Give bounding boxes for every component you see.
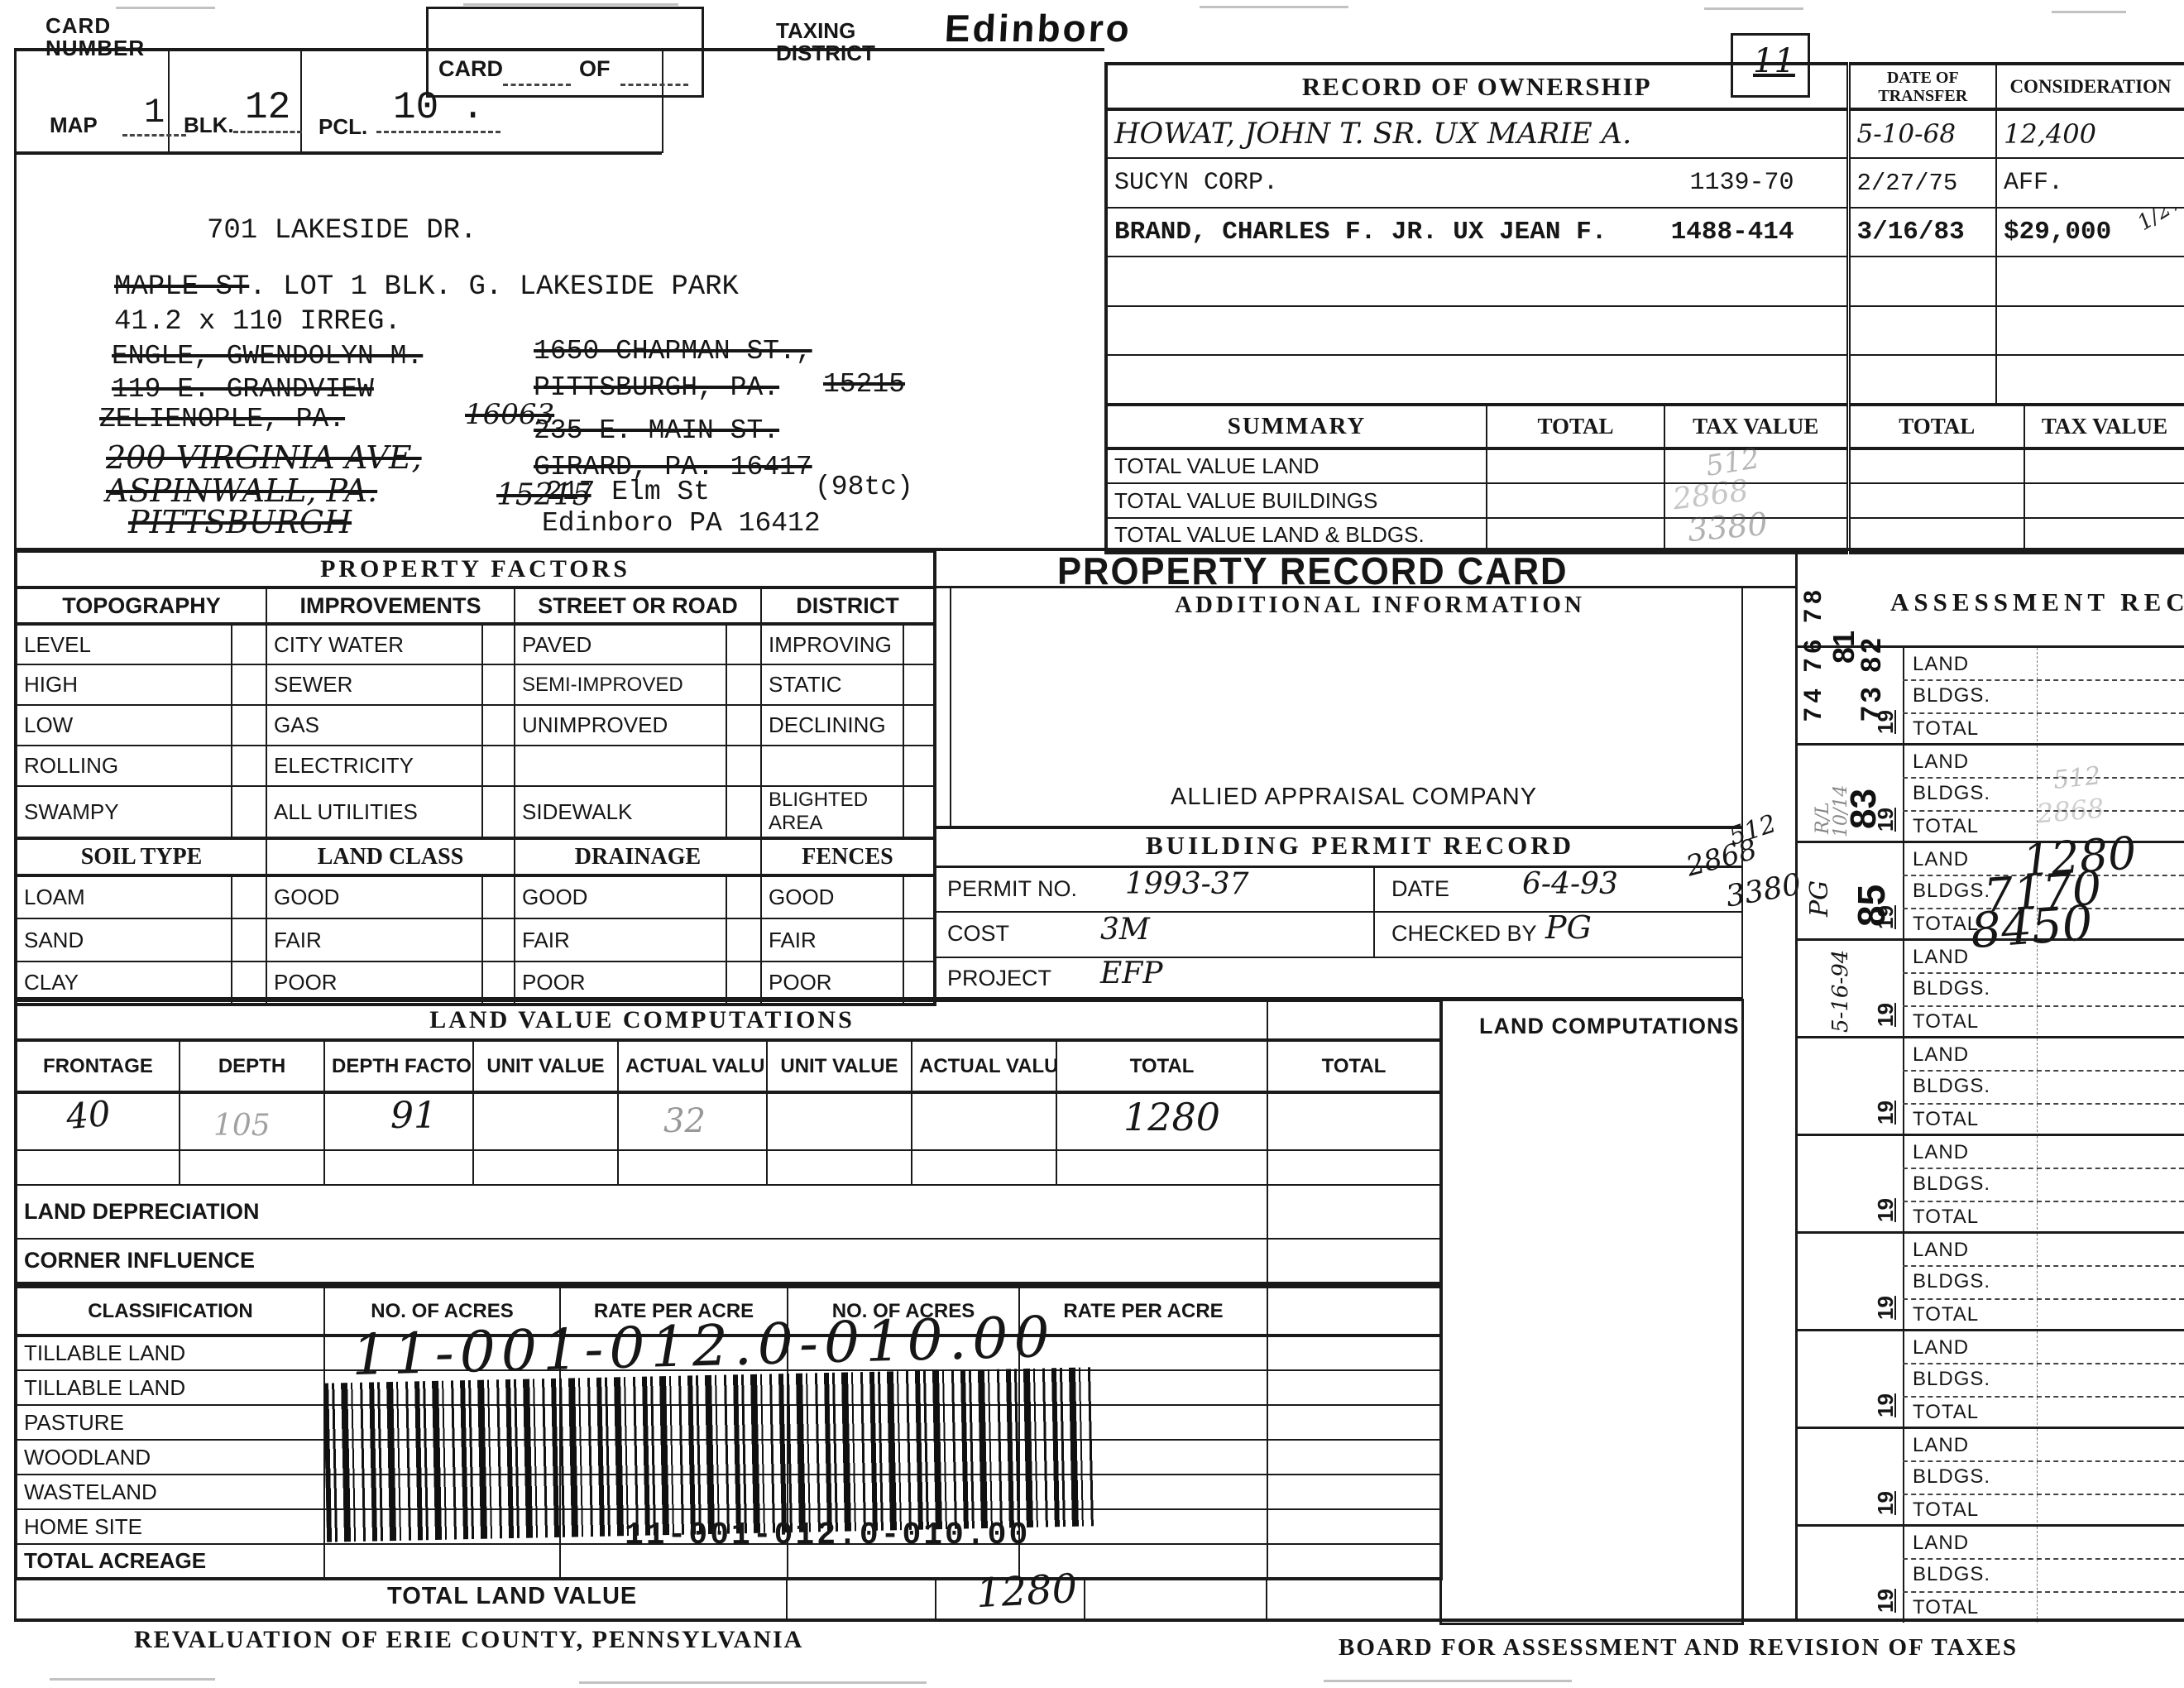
year-prefix: 19: [1873, 1198, 1899, 1222]
bldgs-label: BLDGS.: [1913, 1563, 1990, 1586]
divider: [1903, 746, 1904, 843]
land-label: LAND: [1913, 1336, 1969, 1360]
factor-option: SWAMPY: [16, 786, 232, 838]
divider: [933, 911, 1741, 913]
ownership-title: RECORD OF OWNERSHIP: [1106, 64, 1848, 109]
summary-row: TOTAL VALUE BUILDINGS: [1106, 483, 2184, 518]
lvc-col-header: DEPTH FACTOR: [324, 1040, 473, 1092]
factor-option: LEVEL: [16, 624, 232, 664]
divider: [2037, 1429, 2038, 1527]
divider: [2037, 648, 2038, 746]
summary-total-header: TOTAL: [1848, 405, 2024, 448]
owner-name: HOWAT, JOHN T. SR. UX MARIE A.: [1106, 109, 1848, 158]
old-address-line: 119 E. GRANDVIEW: [112, 376, 374, 405]
factor-checkbox: [232, 705, 266, 746]
factor-checkbox: [482, 746, 515, 786]
permit-no-value: 1993-37: [1125, 869, 1249, 900]
assessment-year-block: 19 LAND BLDGS. TOTAL: [1795, 1524, 2184, 1623]
owner-name: SUCYN CORP.1139-70: [1106, 158, 1848, 208]
assessment-year-block: 19 LAND BLDGS. TOTAL: [1795, 1231, 2184, 1331]
factors-col-header: TOPOGRAPHY: [16, 587, 266, 624]
old-address-line: 235 E. MAIN ST.: [534, 417, 779, 446]
old-zip: 15215: [823, 371, 905, 400]
divider: [933, 957, 1741, 958]
ownership-row-empty: [1106, 306, 2184, 355]
assessment-land-value: 512: [2052, 763, 2102, 794]
divider: [1903, 1363, 2184, 1364]
total-label: TOTAL: [1913, 815, 1979, 838]
additional-info-title: ADDITIONAL INFORMATION: [1175, 592, 1585, 617]
divider: [1903, 1298, 2184, 1300]
factors-row: HIGH SEWER SEMI-IMPROVED STATIC: [16, 664, 935, 705]
scan-artifact: [463, 3, 678, 6]
consideration-value: $29,0001/27c: [1996, 208, 2184, 257]
old-address-line: 1650 CHAPMAN ST.,: [534, 338, 812, 367]
divider: [1903, 1201, 2184, 1202]
legal-description: MAPLE ST. LOT 1 BLK. G. LAKESIDE PARK: [114, 273, 739, 303]
pcl-value: 10 .: [376, 88, 500, 133]
summary-label: TOTAL VALUE BUILDINGS: [1106, 483, 1487, 518]
pencil-note: PG: [1807, 880, 1833, 917]
assessment-year-block: 19 LAND BLDGS. TOTAL: [1795, 1329, 2184, 1429]
divider: [2037, 1038, 2038, 1136]
factor-checkbox: [903, 786, 935, 838]
year-prefix: 19: [1873, 1393, 1899, 1417]
factors-row: LEVEL CITY WATER PAVED IMPROVING: [16, 624, 935, 664]
factors-row: ROLLING ELECTRICITY: [16, 746, 935, 786]
divider: [1903, 1070, 2184, 1072]
land-depreciation-row: LAND DEPRECIATION: [16, 1185, 1441, 1239]
year-stamp: 85: [1851, 885, 1891, 927]
factor-checkbox: [903, 664, 935, 705]
bldgs-label: BLDGS.: [1913, 977, 1990, 1000]
divider: [1903, 1234, 1904, 1331]
total-land-value: 1280: [975, 1568, 1079, 1615]
transfer-date: 2/27/75: [1848, 158, 1996, 208]
scan-artifact: [116, 7, 215, 9]
assessment-year-block: 19 LAND BLDGS. TOTAL: [1795, 1427, 2184, 1527]
factor-option: ELECTRICITY: [266, 746, 482, 786]
factor-checkbox: [903, 746, 935, 786]
year-prefix: 19: [1873, 1101, 1899, 1125]
divider: [1903, 1103, 2184, 1105]
bldgs-label: BLDGS.: [1913, 782, 1990, 805]
scan-artifact: [579, 1681, 927, 1684]
bldgs-label: BLDGS.: [1913, 684, 1990, 707]
class-label: WASTELAND: [16, 1475, 324, 1509]
divider: [2037, 1136, 2038, 1234]
divider: [14, 151, 662, 155]
factor-checkbox: [726, 918, 761, 961]
land-label: LAND: [1913, 1239, 1969, 1262]
building-permit-title: BUILDING PERMIT RECORD: [1146, 832, 1574, 860]
divider: [1903, 1558, 2184, 1560]
land-label: LAND: [1913, 653, 1969, 676]
blk-value: 12: [233, 88, 302, 133]
divider: [1903, 712, 2184, 714]
land-label: LAND: [1913, 1434, 1969, 1457]
factor-checkbox: [232, 624, 266, 664]
deed-book-page: 1488-414: [1671, 218, 1794, 247]
assessment-year-block: 19 LAND BLDGS. TOTAL: [1795, 1134, 2184, 1234]
land-label: LAND: [1913, 848, 1969, 871]
summary-total-header: TOTAL: [1487, 405, 1664, 448]
scan-artifact: [1704, 7, 1803, 10]
consideration-value: AFF.: [1996, 158, 2184, 208]
total-label: TOTAL: [1913, 1206, 1979, 1229]
lvc-col-header: UNIT VALUE: [473, 1040, 618, 1092]
current-address-line: 217 Elm St: [546, 478, 710, 507]
legal-struck: MAPLE ST: [114, 271, 249, 303]
bldgs-label: BLDGS.: [1913, 1368, 1990, 1391]
card-main-title: PROPERTY RECORD CARD: [1057, 551, 1569, 591]
total-label: TOTAL: [1913, 717, 1979, 741]
old-address-handwritten: ASPINWALL, PA.: [106, 475, 377, 508]
factor-option: HIGH: [16, 664, 232, 705]
summary-tax-value-pencil: 3380: [1686, 508, 1769, 548]
factor-option: FAIR: [266, 918, 482, 961]
lvc-col-header: UNIT VALUE: [767, 1040, 912, 1092]
taxing-district-label: TAXING DISTRICT: [776, 20, 917, 65]
current-address-note: (98tc): [815, 473, 913, 502]
divider: [933, 866, 1741, 868]
permit-date-label: DATE: [1391, 877, 1449, 900]
divider: [1903, 1005, 2184, 1007]
factor-checkbox: [903, 875, 935, 918]
footer-right: BOARD FOR ASSESSMENT AND REVISION OF TAX…: [1339, 1635, 2018, 1660]
factor-option: LOAM: [16, 875, 232, 918]
divider: [1903, 1038, 1904, 1136]
factor-option: ALL UTILITIES: [266, 786, 482, 838]
permit-cost-label: COST: [947, 922, 1009, 945]
lvc-data-row: [16, 1150, 1441, 1185]
divider: [1903, 1265, 2184, 1267]
lvc-col-header: TOTAL: [1267, 1040, 1441, 1092]
total-land-value-label: TOTAL LAND VALUE: [387, 1584, 637, 1609]
factor-option: BLIGHTED AREA: [761, 786, 903, 838]
divider: [1903, 1331, 1904, 1429]
year-stamp: 73 82: [1857, 635, 1887, 722]
divider: [1903, 648, 1904, 746]
lvc-col-header: ACTUAL VALUE: [618, 1040, 767, 1092]
old-address-handwritten: 200 VIRGINIA AVE,: [106, 442, 422, 475]
total-label: TOTAL: [1913, 1499, 1979, 1522]
year-prefix: 19: [1873, 1491, 1899, 1515]
year-prefix: 19: [1873, 1589, 1899, 1613]
divider: [14, 1618, 2184, 1622]
card-of-blank: [503, 64, 571, 86]
ownership-row: SUCYN CORP.1139-70 2/27/75 AFF.: [1106, 158, 2184, 208]
class-label: WOODLAND: [16, 1440, 324, 1475]
factor-option: SAND: [16, 918, 232, 961]
land-label: LAND: [1913, 1532, 1969, 1555]
depth-factor-value: 91: [390, 1097, 437, 1135]
total-acreage-label: TOTAL ACREAGE: [16, 1544, 324, 1579]
class-col-header: RATE PER ACRE: [1019, 1287, 1267, 1336]
current-address-line: Edinboro PA 16412: [542, 510, 821, 539]
transfer-date: 5-10-68: [1848, 109, 1996, 158]
divider: [1903, 843, 1904, 941]
lot-dimensions: 41.2 x 110 IRREG.: [114, 308, 401, 338]
factors-col-header: IMPROVEMENTS: [266, 587, 515, 624]
divider: [1084, 1577, 1085, 1620]
factor-checkbox: [903, 705, 935, 746]
factor-checkbox: [482, 664, 515, 705]
factor-option: FAIR: [761, 918, 903, 961]
factor-checkbox: [726, 875, 761, 918]
consideration-scribble: 1/27c: [2134, 208, 2184, 236]
assessment-year-block: 19 LAND BLDGS. TOTAL: [1795, 1036, 2184, 1136]
depth-value: 105: [213, 1110, 271, 1142]
factor-checkbox: [482, 918, 515, 961]
owner-name: BRAND, CHARLES F. JR. UX JEAN F.1488-414: [1106, 208, 1848, 257]
class-col-header: CLASSIFICATION: [16, 1287, 324, 1336]
divider: [935, 1577, 936, 1620]
factor-option: IMPROVING: [761, 624, 903, 664]
summary-label: TOTAL VALUE LAND: [1106, 448, 1487, 483]
ownership-table: RECORD OF OWNERSHIP DATE OF TRANSFER CON…: [1104, 62, 2184, 406]
assessment-record-title: ASSESSMENT RECORD: [1890, 589, 2184, 616]
corner-influence-row: CORNER INFLUENCE: [16, 1239, 1441, 1283]
total-label: TOTAL: [1913, 1108, 1979, 1131]
divider: [1903, 1168, 2184, 1169]
class-label: TILLABLE LAND: [16, 1336, 324, 1370]
factors-row: SWAMPY ALL UTILITIES SIDEWALK BLIGHTED A…: [16, 786, 935, 838]
bldgs-label: BLDGS.: [1913, 1172, 1990, 1196]
land-computations-title: LAND COMPUTATIONS: [1479, 1014, 1739, 1038]
factor-checkbox: [482, 786, 515, 838]
lvc-total-value: 1280: [1123, 1097, 1220, 1137]
factor-checkbox: [232, 746, 266, 786]
pencil-note: R/L: [1813, 802, 1832, 834]
permit-no-label: PERMIT NO.: [947, 877, 1077, 900]
factor-option: FAIR: [515, 918, 726, 961]
card-of-of-label: OF: [579, 57, 611, 80]
divider: [1903, 1460, 2184, 1462]
divider: [2037, 1331, 2038, 1429]
land-computations-box: LAND COMPUTATIONS: [1439, 999, 1744, 1625]
scan-artifact: [1324, 1680, 1572, 1682]
card-of-label: CARD: [438, 57, 503, 80]
factor-option: CITY WATER: [266, 624, 482, 664]
divider: [1903, 1591, 2184, 1593]
deed-book-page: 1139-70: [1689, 169, 1794, 197]
footer-left: REVALUATION OF ERIE COUNTY, PENNSYLVANIA: [134, 1627, 803, 1653]
factors-col-header: DRAINAGE: [515, 838, 761, 875]
checked-by-label: CHECKED BY: [1391, 922, 1537, 945]
corner-influence-label: CORNER INFLUENCE: [16, 1239, 1267, 1283]
factor-option: [761, 746, 903, 786]
year-prefix: 19: [1873, 1003, 1899, 1027]
bldgs-label: BLDGS.: [1913, 1075, 1990, 1098]
factor-option: GOOD: [266, 875, 482, 918]
property-address: 701 LAKESIDE DR.: [207, 217, 477, 247]
lvc-empty-cell: [1267, 1000, 1441, 1040]
scan-artifact: [1200, 6, 1348, 8]
parcel-barcode: [323, 1367, 1096, 1542]
factors-title: PROPERTY FACTORS: [16, 551, 935, 587]
blk-label: BLK.: [184, 114, 234, 137]
bldgs-label: BLDGS.: [1913, 1465, 1990, 1489]
year-prefix: 19: [1873, 1296, 1899, 1320]
card-of-blank: [620, 64, 688, 86]
factors-row: LOAM GOOD GOOD GOOD: [16, 875, 935, 918]
factor-checkbox: [726, 786, 761, 838]
factor-option: PAVED: [515, 624, 726, 664]
frontage-value: 40: [65, 1096, 112, 1136]
appraisal-company: ALLIED APPRAISAL COMPANY: [1171, 784, 1537, 809]
lvc-col-header: FRONTAGE: [16, 1040, 180, 1092]
land-depreciation-label: LAND DEPRECIATION: [16, 1185, 1267, 1239]
permit-cost-value: 3M: [1100, 914, 1150, 946]
land-label: LAND: [1913, 946, 1969, 969]
class-label: HOME SITE: [16, 1509, 324, 1544]
bldgs-label: BLDGS.: [1913, 880, 1990, 903]
divider: [1903, 972, 2184, 974]
divider: [1903, 1494, 2184, 1495]
land-label: LAND: [1913, 1141, 1969, 1164]
factor-option: SIDEWALK: [515, 786, 726, 838]
card-of-box: CARD OF: [426, 7, 704, 98]
map-label: MAP: [50, 114, 98, 137]
old-city-handwritten: PITTSBURGH: [128, 506, 352, 539]
year-stamp: 74 76 78: [1800, 585, 1827, 722]
summary-tax-header: TAX VALUE: [2024, 405, 2184, 448]
divider: [1741, 587, 1743, 999]
factor-option: SEWER: [266, 664, 482, 705]
factors-col-header: STREET OR ROAD: [515, 587, 761, 624]
lvc-col-header: ACTUAL VALUE: [912, 1040, 1056, 1092]
total-label: TOTAL: [1913, 1596, 1979, 1619]
divider: [2037, 1527, 2038, 1623]
summary-row: TOTAL VALUE LAND: [1106, 448, 2184, 483]
divider: [1903, 1429, 1904, 1527]
actual-value: 32: [663, 1104, 706, 1139]
project-value: EFP: [1100, 958, 1162, 990]
project-label: PROJECT: [947, 966, 1051, 990]
taxing-district-stamp: Edinboro: [944, 8, 1133, 48]
transfer-date: 3/16/83: [1848, 208, 1996, 257]
factor-option: UNIMPROVED: [515, 705, 726, 746]
permit-date-value: 6-4-93: [1522, 869, 1618, 900]
summary-title: SUMMARY: [1106, 405, 1487, 448]
card-number-label: CARD NUMBER: [45, 15, 161, 60]
total-label: TOTAL: [1913, 1010, 1979, 1033]
factor-option: ROLLING: [16, 746, 232, 786]
factor-option: [515, 746, 726, 786]
factors-col-header: FENCES: [761, 838, 935, 875]
old-owner-name: ENGLE, GWENDOLYN M.: [112, 343, 423, 372]
factor-option: LOW: [16, 705, 232, 746]
divider: [1903, 1396, 2184, 1398]
factors-row: SAND FAIR FAIR FAIR: [16, 918, 935, 961]
total-label: TOTAL: [1913, 1401, 1979, 1424]
factor-checkbox: [726, 705, 761, 746]
pencil-note: 10/14: [1832, 785, 1851, 837]
map-value: 1: [122, 94, 186, 137]
factor-checkbox: [726, 664, 761, 705]
consideration-value: 12,400: [1996, 109, 2184, 158]
class-empty-cell: [1267, 1287, 1441, 1336]
scan-artifact: [2052, 11, 2126, 13]
divider: [786, 1577, 788, 1620]
factors-col-header: DISTRICT: [761, 587, 935, 624]
factor-option: GAS: [266, 705, 482, 746]
factor-checkbox: [482, 705, 515, 746]
factors-col-header: SOIL TYPE: [16, 838, 266, 875]
pcl-label: PCL.: [318, 116, 367, 138]
property-record-card: CARD NUMBER CARD OF TAXING DISTRICT Edin…: [0, 0, 2184, 1688]
factors-row: LOW GAS UNIMPROVED DECLINING: [16, 705, 935, 746]
old-address-line: PITTSBURGH, PA.: [534, 374, 779, 403]
property-factors-table: PROPERTY FACTORS TOPOGRAPHY IMPROVEMENTS…: [14, 549, 936, 1006]
divider: [1903, 1136, 1904, 1234]
land-label: LAND: [1913, 1043, 1969, 1067]
factor-checkbox: [482, 624, 515, 664]
class-label: PASTURE: [16, 1405, 324, 1440]
factor-checkbox: [232, 875, 266, 918]
factor-checkbox: [726, 746, 761, 786]
old-address-line: ZELIENOPLE, PA.: [99, 405, 345, 434]
divider: [933, 826, 1741, 829]
factor-checkbox: [903, 624, 935, 664]
ownership-row: HOWAT, JOHN T. SR. UX MARIE A. 5-10-68 1…: [1106, 109, 2184, 158]
factor-checkbox: [482, 875, 515, 918]
factor-option: SEMI-IMPROVED: [515, 664, 726, 705]
factor-option: STATIC: [761, 664, 903, 705]
checked-by-value: PG: [1545, 912, 1592, 945]
divider: [1903, 777, 2184, 779]
factors-col-header: LAND CLASS: [266, 838, 515, 875]
divider: [933, 548, 936, 1002]
ownership-row-empty: [1106, 355, 2184, 405]
assessment-bldgs-value: 2868: [2036, 795, 2105, 829]
consideration-header: CONSIDERATION: [1996, 64, 2184, 109]
pencil-note: 5-16-94: [1830, 950, 1852, 1033]
factor-checkbox: [232, 786, 266, 838]
assessment-total-value: 8450: [1969, 898, 2094, 957]
date-of-transfer-header: DATE OF TRANSFER: [1848, 64, 1996, 109]
ownership-row: BRAND, CHARLES F. JR. UX JEAN F.1488-414…: [1106, 208, 2184, 257]
factor-checkbox: [232, 918, 266, 961]
factor-option: GOOD: [761, 875, 903, 918]
divider: [1266, 1577, 1267, 1620]
pencil-value: 3380: [1723, 869, 1803, 913]
lvc-col-header: DEPTH: [180, 1040, 324, 1092]
scan-artifact: [50, 1678, 215, 1681]
divider: [1903, 679, 2184, 681]
factor-option: GOOD: [515, 875, 726, 918]
divider: [1373, 866, 1375, 958]
divider: [2037, 941, 2038, 1038]
divider: [1903, 941, 1904, 1038]
total-label: TOTAL: [1913, 1303, 1979, 1326]
factor-checkbox: [726, 624, 761, 664]
factor-option: DECLINING: [761, 705, 903, 746]
class-label: TILLABLE LAND: [16, 1370, 324, 1405]
lvc-col-header: TOTAL: [1056, 1040, 1267, 1092]
factor-checkbox: [232, 664, 266, 705]
ownership-row-empty: [1106, 257, 2184, 306]
factor-checkbox: [903, 918, 935, 961]
land-label: LAND: [1913, 750, 1969, 774]
divider: [2037, 1234, 2038, 1331]
legal-rest: . LOT 1 BLK. G. LAKESIDE PARK: [249, 271, 739, 303]
divider: [1903, 1527, 1904, 1623]
divider: [950, 587, 951, 827]
parcel-number-printed: 11-001-012.0-010.00: [625, 1519, 1030, 1552]
bldgs-label: BLDGS.: [1913, 1270, 1990, 1293]
